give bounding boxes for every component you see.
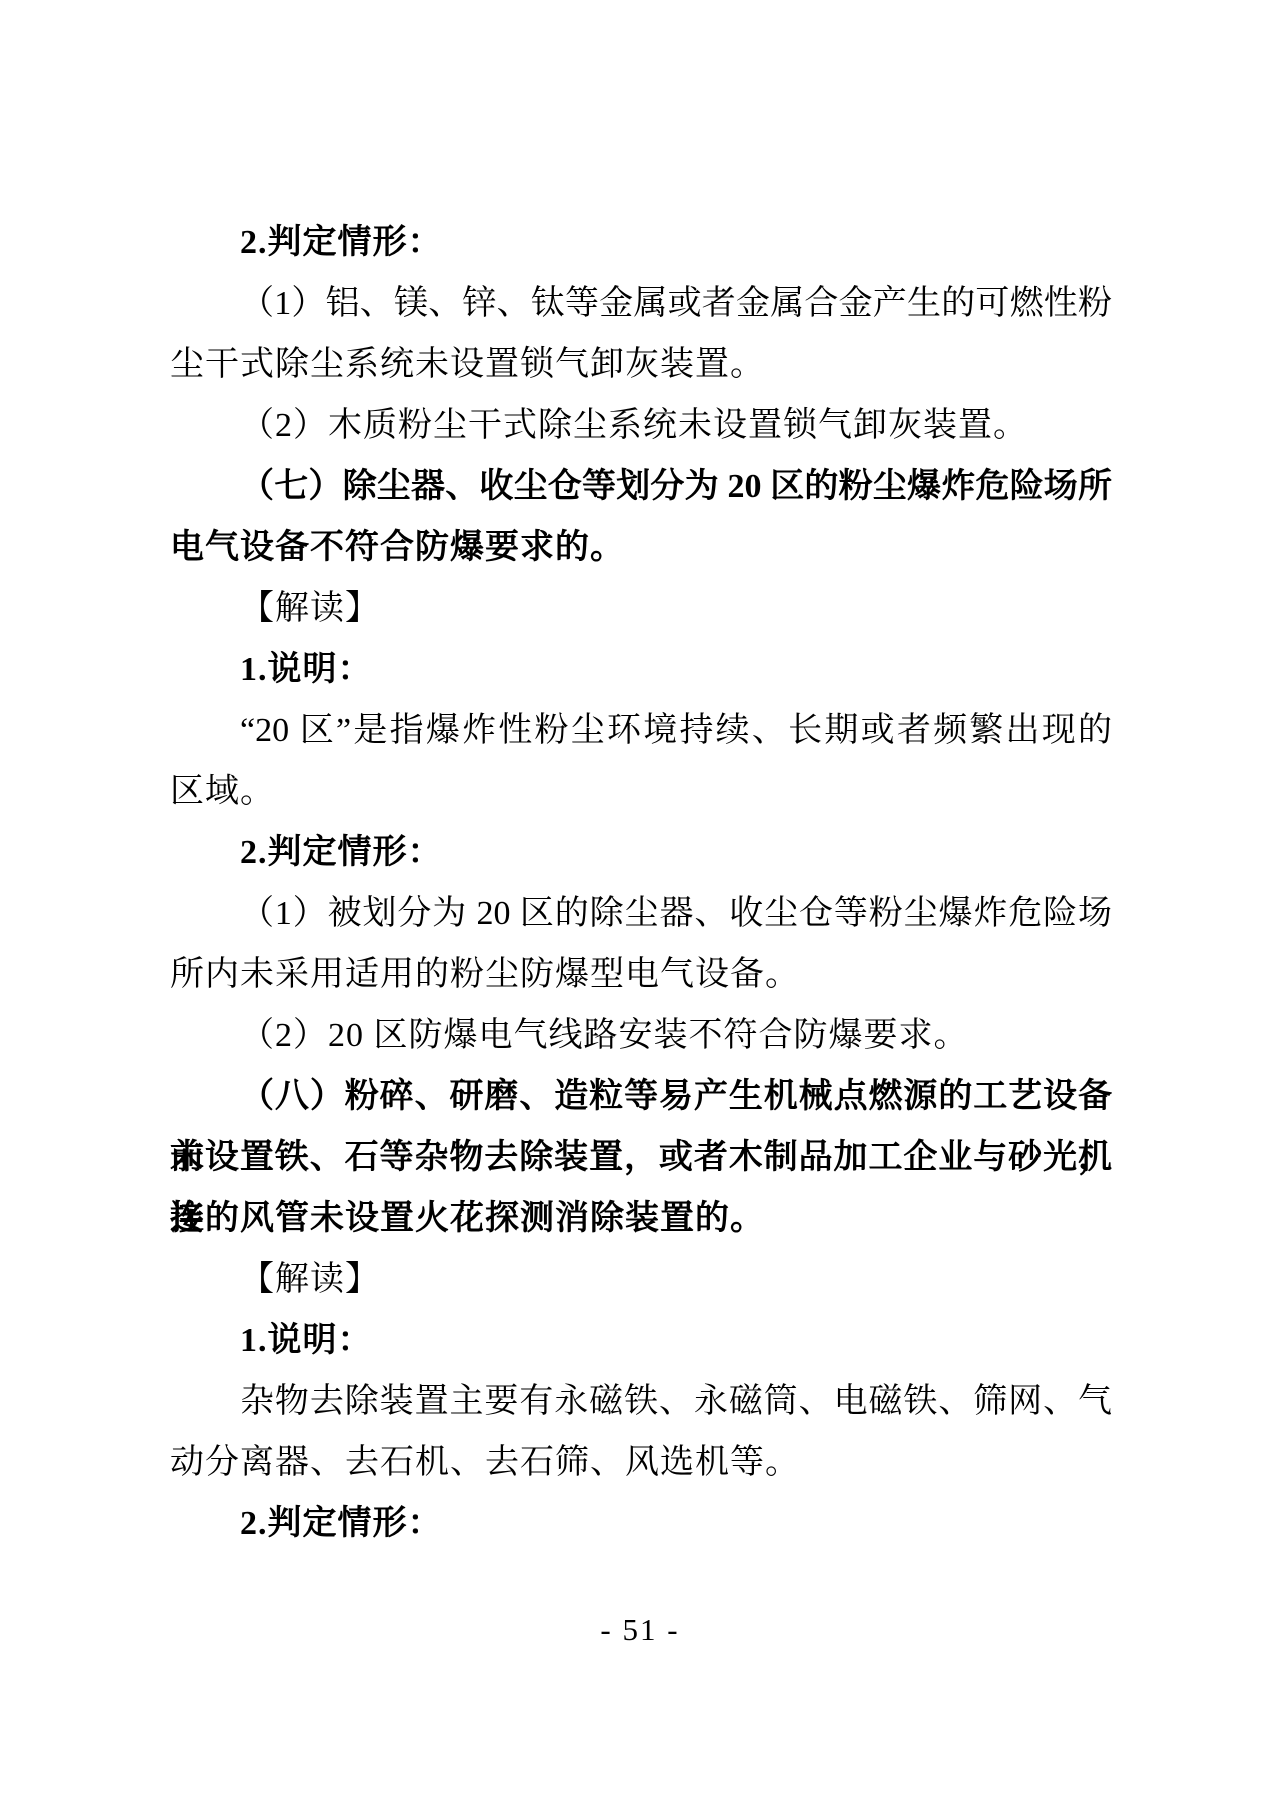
heading-line: 2.判定情形： xyxy=(170,212,1112,273)
clause-8-heading-cont: 接的风管未设置火花探测消除装置的。 xyxy=(170,1188,1112,1249)
text-line: 尘干式除尘系统未设置锁气卸灰装置。 xyxy=(170,334,1112,395)
interpretation-label: 【解读】 xyxy=(170,1249,1112,1310)
text-line: 区域。 xyxy=(170,761,1112,822)
heading-line: 2.判定情形： xyxy=(170,822,1112,883)
text-line: （1）被划分为 20 区的除尘器、收尘仓等粉尘爆炸危险场 xyxy=(170,883,1112,944)
text-line: 杂物去除装置主要有永磁铁、永磁筒、电磁铁、筛网、气 xyxy=(170,1371,1112,1432)
clause-7-heading-cont: 电气设备不符合防爆要求的。 xyxy=(170,517,1112,578)
heading-line: 2.判定情形： xyxy=(170,1493,1112,1554)
text-line: （2）木质粉尘干式除尘系统未设置锁气卸灰装置。 xyxy=(170,395,1112,456)
interpretation-label: 【解读】 xyxy=(170,578,1112,639)
text-line: （1）铝、镁、锌、钛等金属或者金属合金产生的可燃性粉 xyxy=(170,273,1112,334)
text-line: 所内未采用适用的粉尘防爆型电气设备。 xyxy=(170,944,1112,1005)
heading-line: 1.说明： xyxy=(170,639,1112,700)
document-body: 2.判定情形： （1）铝、镁、锌、钛等金属或者金属合金产生的可燃性粉 尘干式除尘… xyxy=(170,212,1112,1554)
clause-8-heading-cont: 未设置铁、石等杂物去除装置，或者木制品加工企业与砂光机连 xyxy=(170,1127,1112,1188)
document-page: 2.判定情形： （1）铝、镁、锌、钛等金属或者金属合金产生的可燃性粉 尘干式除尘… xyxy=(0,0,1280,1810)
text-line: “20 区”是指爆炸性粉尘环境持续、长期或者频繁出现的 xyxy=(170,700,1112,761)
page-number: - 51 - xyxy=(0,1612,1280,1648)
clause-8-heading: （八）粉碎、研磨、造粒等易产生机械点燃源的工艺设备前， xyxy=(170,1066,1112,1127)
text-line: 动分离器、去石机、去石筛、风选机等。 xyxy=(170,1432,1112,1493)
heading-line: 1.说明： xyxy=(170,1310,1112,1371)
text-line: （2）20 区防爆电气线路安装不符合防爆要求。 xyxy=(170,1005,1112,1066)
clause-7-heading: （七）除尘器、收尘仓等划分为 20 区的粉尘爆炸危险场所 xyxy=(170,456,1112,517)
